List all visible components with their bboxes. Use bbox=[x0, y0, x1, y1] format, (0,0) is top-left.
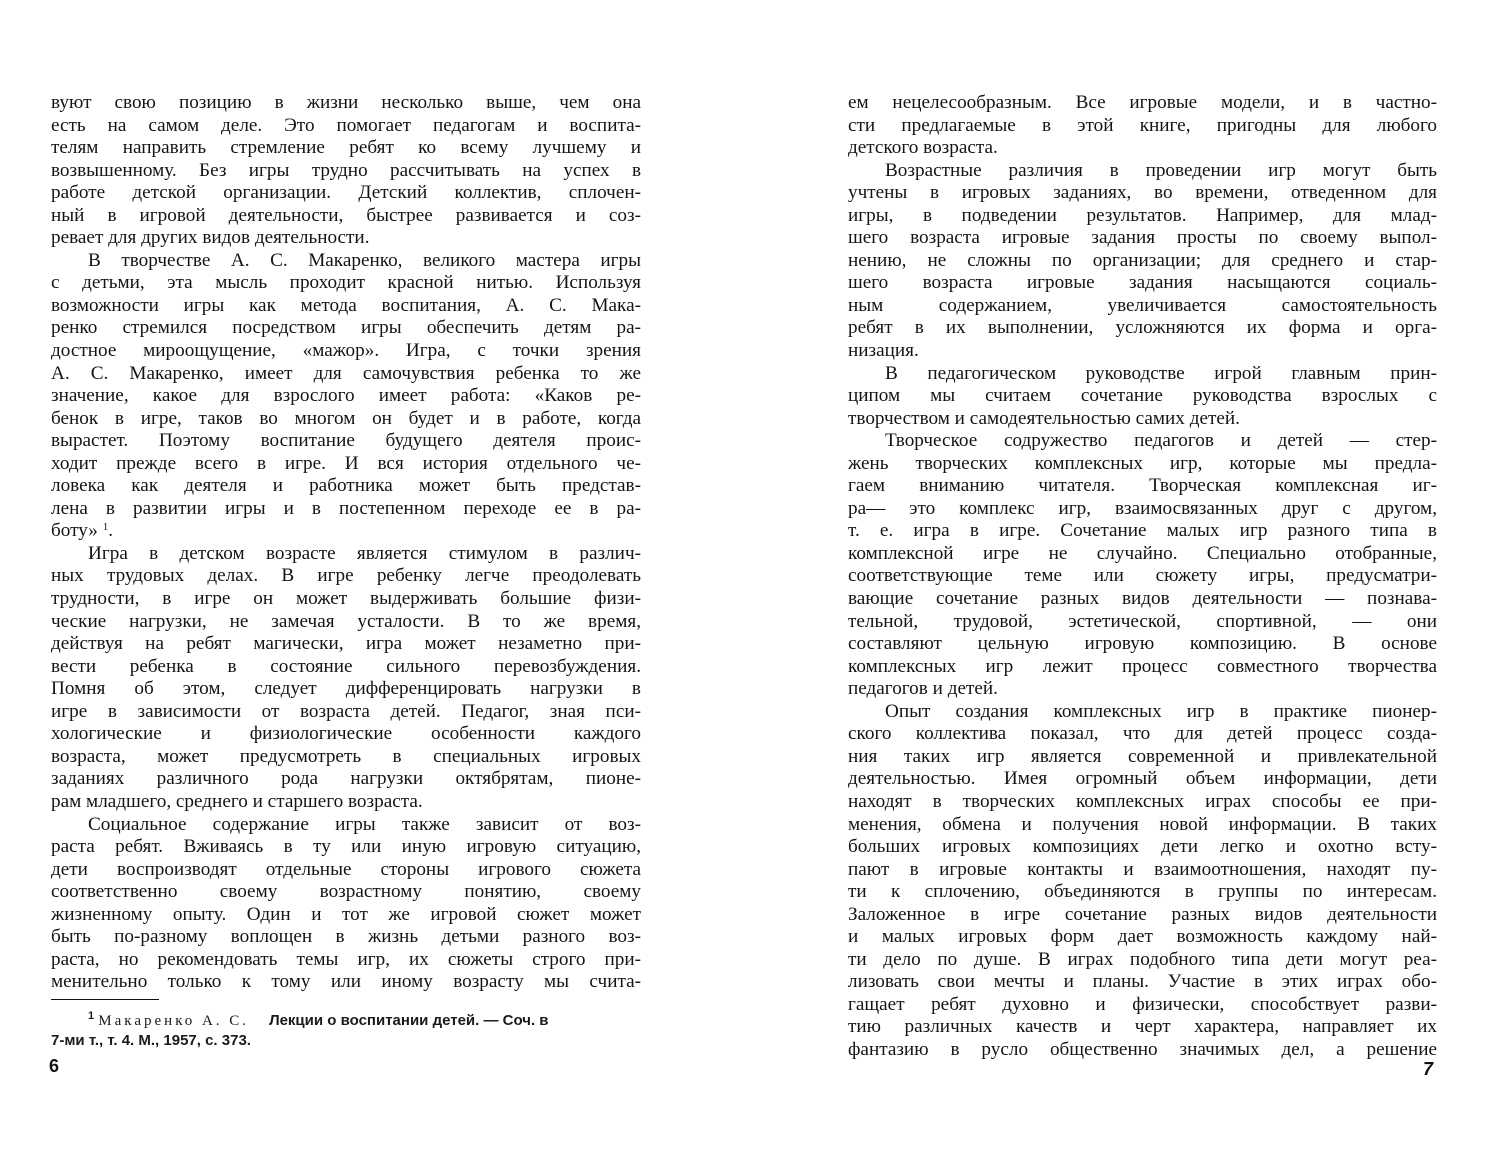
footnote-author: Макаренко А. С. bbox=[98, 1013, 249, 1029]
footnote-line: 7-ми т., т. 4. М., 1957, с. 373. bbox=[51, 1031, 641, 1050]
text-line: нению, не сложны по организации; для сре… bbox=[848, 250, 1437, 273]
text-line: т. е. игра в игре. Сочетание малых игр р… bbox=[848, 520, 1437, 543]
page-number: 7 bbox=[1423, 1059, 1433, 1080]
text-line: ребят в их выполнении, усложняются их фо… bbox=[848, 317, 1437, 340]
paragraph-start-line: Опыт создания комплексных игр в практике… bbox=[848, 701, 1437, 724]
text-line: вести ребенка в состояние сильного перев… bbox=[51, 656, 641, 679]
text-line: действуя на ребят магически, игра может … bbox=[51, 633, 641, 656]
text-line: деятельностью. Имея огромный объем инфор… bbox=[848, 768, 1437, 791]
text-line: ревает для других видов деятельности. bbox=[51, 227, 641, 250]
text-line: с детьми, эта мысль проходит красной нит… bbox=[51, 272, 641, 295]
text-line: лена в развитии игры и в постепенном пер… bbox=[51, 498, 641, 521]
text-line: творчеством и самодеятельностью самих де… bbox=[848, 408, 1437, 431]
text-line: значение, какое для взрослого имеет рабо… bbox=[51, 385, 641, 408]
text-line: трудности, в игре он может выдерживать б… bbox=[51, 588, 641, 611]
text-line: шего возраста игровые задания насыщаются… bbox=[848, 272, 1437, 295]
text-line: больших игровых композициях дети легко и… bbox=[848, 836, 1437, 859]
text-line: учтены в игровых заданиях, во времени, о… bbox=[848, 182, 1437, 205]
paragraph-start-line: Творческое содружество педагогов и детей… bbox=[848, 430, 1437, 453]
text-line: возможности игры как метода воспитания, … bbox=[51, 295, 641, 318]
text-line: шего возраста игровые задания просты по … bbox=[848, 227, 1437, 250]
paragraph-start-line: Игра в детском возрасте является стимуло… bbox=[51, 543, 641, 566]
text-line: детского возраста. bbox=[848, 137, 1437, 160]
text-line: ти дело по душе. В играх подобного типа … bbox=[848, 949, 1437, 972]
text-line: ный в игровой деятельности, быстрее разв… bbox=[51, 205, 641, 228]
text-line: хологические и физиологические особеннос… bbox=[51, 723, 641, 746]
text-line: ти к сплочению, объединяются в группы по… bbox=[848, 881, 1437, 904]
text-line-with-footnote-ref: боту» 1. bbox=[51, 520, 641, 543]
paragraph-start-line: В творчестве А. С. Макаренко, великого м… bbox=[51, 250, 641, 273]
text-line: жень творческих комплексных игр, которые… bbox=[848, 453, 1437, 476]
text-line: ходит прежде всего в игре. И вся история… bbox=[51, 453, 641, 476]
text-line: соответствующие теме или сюжету игры, пр… bbox=[848, 565, 1437, 588]
text-line: ния таких игр является современной и при… bbox=[848, 746, 1437, 769]
text-line: телям направить стремление ребят ко всем… bbox=[51, 137, 641, 160]
text-line: А. С. Макаренко, имеет для самочувствия … bbox=[51, 363, 641, 386]
text-line: быть по-разному воплощен в жизнь детьми … bbox=[51, 926, 641, 949]
text-line: ных трудовых делах. В игре ребенку легче… bbox=[51, 565, 641, 588]
text-line: ренко стремился посредством игры обеспеч… bbox=[51, 317, 641, 340]
text-line: бенок в игре, таков во многом он будет и… bbox=[51, 408, 641, 431]
footnote-divider bbox=[51, 999, 159, 1000]
paragraph-start-line: Социальное содержание игры также зависит… bbox=[51, 814, 641, 837]
text-line: заданиях различного рода нагрузки октябр… bbox=[51, 768, 641, 791]
paragraph-start-line: Возрастные различия в проведении игр мог… bbox=[848, 160, 1437, 183]
quote-end-text: боту» bbox=[51, 520, 98, 541]
text-line: и малых игровых форм дает возможность ка… bbox=[848, 926, 1437, 949]
text-line: возвышенному. Без игры трудно рассчитыва… bbox=[51, 160, 641, 183]
text-line: тию различных качеств и черт характера, … bbox=[848, 1016, 1437, 1039]
text-line: педагогов и детей. bbox=[848, 678, 1437, 701]
text-line: находят в творческих комплексных играх с… bbox=[848, 791, 1437, 814]
right-page-body: ем нецелесообразным. Все игровые модели,… bbox=[848, 92, 1437, 1062]
footnote-line: 1 Макаренко А. С.Лекции о воспитании дет… bbox=[51, 1011, 641, 1031]
text-line: игры, в подведении результатов. Например… bbox=[848, 205, 1437, 228]
text-line: лизовать свои мечты и планы. Участие в э… bbox=[848, 971, 1437, 994]
footnote-title: Лекции о воспитании детей. — Соч. в bbox=[269, 1012, 548, 1029]
text-line: жизненному опыту. Один и тот же игровой … bbox=[51, 904, 641, 927]
text-line: работе детской организации. Детский колл… bbox=[51, 182, 641, 205]
text-line: ловека как деятеля и работника может быт… bbox=[51, 475, 641, 498]
text-line: раста ребят. Вживаясь в ту или иную игро… bbox=[51, 836, 641, 859]
text-line: вырастет. Поэтому воспитание будущего де… bbox=[51, 430, 641, 453]
text-line: ческие нагрузки, не замечая усталости. В… bbox=[51, 611, 641, 634]
sentence-period: . bbox=[108, 520, 113, 541]
text-line: гаем вниманию читателя. Творческая компл… bbox=[848, 475, 1437, 498]
text-line: комплексной игре не случайно. Специально… bbox=[848, 543, 1437, 566]
text-line: менения, обмена и получения новой информ… bbox=[848, 814, 1437, 837]
text-line: ным содержанием, увеличивается самостоят… bbox=[848, 295, 1437, 318]
text-line: ципом мы считаем сочетание руководства в… bbox=[848, 385, 1437, 408]
left-page: вуют свою позицию в жизни несколько выше… bbox=[0, 0, 747, 1176]
text-line: Заложенное в игре сочетание разных видов… bbox=[848, 904, 1437, 927]
right-page: ем нецелесообразным. Все игровые модели,… bbox=[747, 0, 1494, 1176]
text-line: соответственно своему возрастному поняти… bbox=[51, 881, 641, 904]
footnote-mark: 1 bbox=[88, 1010, 94, 1022]
text-line: фантазию в русло общественно значимых де… bbox=[848, 1039, 1437, 1062]
text-line: игре в зависимости от возраста детей. Пе… bbox=[51, 701, 641, 724]
text-line: рам младшего, среднего и старшего возрас… bbox=[51, 791, 641, 814]
page-number: 6 bbox=[49, 1056, 59, 1077]
text-line: менительно только к тому или иному возра… bbox=[51, 971, 641, 994]
text-line: сти предлагаемые в этой книге, пригодны … bbox=[848, 115, 1437, 138]
text-line: ского коллектива показал, что для детей … bbox=[848, 723, 1437, 746]
text-line: достное мироощущение, «мажор». Игра, с т… bbox=[51, 340, 641, 363]
footnote: 1 Макаренко А. С.Лекции о воспитании дет… bbox=[51, 1011, 641, 1050]
text-line: комплексных игр лежит процесс совместног… bbox=[848, 656, 1437, 679]
text-line: раста, но рекомендовать темы игр, их сюж… bbox=[51, 949, 641, 972]
text-line: возраста, может предусмотреть в специаль… bbox=[51, 746, 641, 769]
text-line: низация. bbox=[848, 340, 1437, 363]
text-line: дети воспроизводят отдельные стороны игр… bbox=[51, 859, 641, 882]
text-line: гащает ребят духовно и физически, способ… bbox=[848, 994, 1437, 1017]
text-line: вуют свою позицию в жизни несколько выше… bbox=[51, 92, 641, 115]
text-line: пают в игровые контакты и взаимоотношени… bbox=[848, 859, 1437, 882]
paragraph-start-line: В педагогическом руководстве игрой главн… bbox=[848, 363, 1437, 386]
text-line: ем нецелесообразным. Все игровые модели,… bbox=[848, 92, 1437, 115]
text-line: ра— это комплекс игр, взаимосвязанных др… bbox=[848, 498, 1437, 521]
text-line: Помня об этом, следует дифференцировать … bbox=[51, 678, 641, 701]
text-line: составляют цельную игровую композицию. В… bbox=[848, 633, 1437, 656]
text-line: тельной, трудовой, эстетической, спортив… bbox=[848, 611, 1437, 634]
left-page-body: вуют свою позицию в жизни несколько выше… bbox=[51, 92, 641, 994]
text-line: вающие сочетание разных видов деятельнос… bbox=[848, 588, 1437, 611]
text-line: есть на самом деле. Это помогает педагог… bbox=[51, 115, 641, 138]
